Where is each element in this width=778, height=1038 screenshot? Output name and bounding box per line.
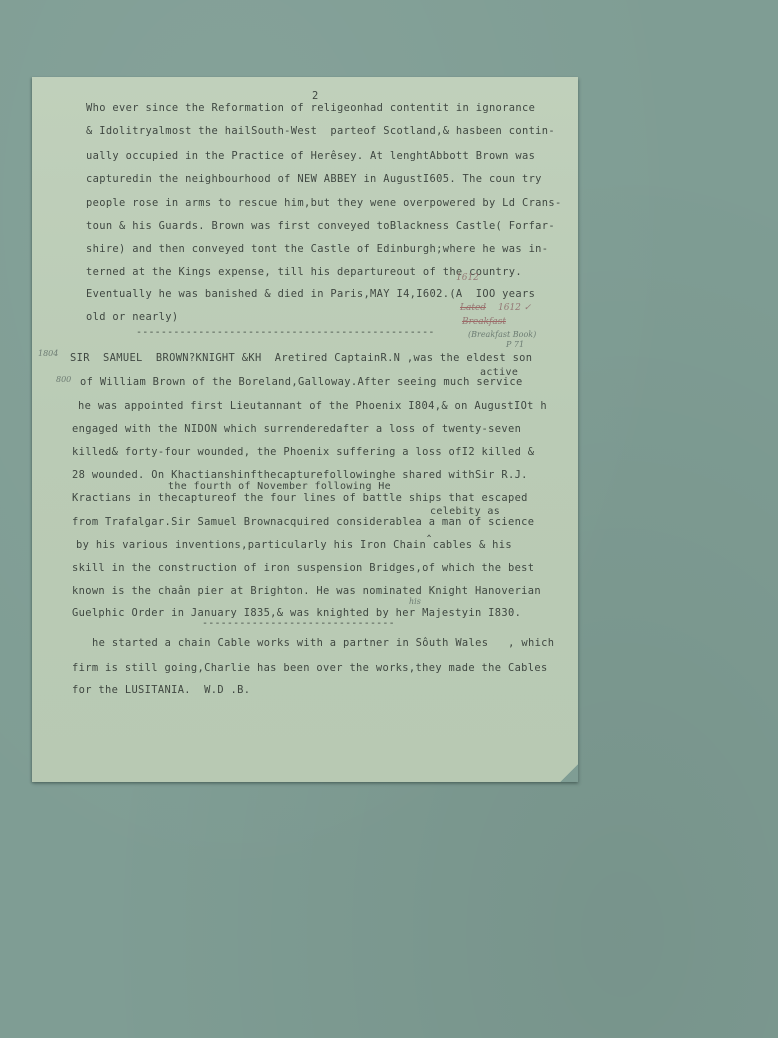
handwritten-struck-word-1: Lated	[460, 303, 486, 313]
paragraph-1-line-2: & Idolitryalmost the hailSouth-West part…	[86, 125, 555, 137]
paragraph-1-line-10: old or nearly)	[86, 311, 178, 323]
separator-2: -------------------------------	[202, 619, 395, 629]
page-number: 2	[312, 90, 319, 102]
insertion-caret-icon: ‸	[427, 523, 431, 537]
handwritten-struck-word-2: Breakfast	[462, 317, 506, 327]
paragraph-1-line-6: toun & his Guards. Brown was first conve…	[86, 220, 555, 232]
paragraph-1-line-9: Eventually he was banished & died in Par…	[86, 288, 535, 300]
handwritten-margin-note: (Breakfast Book)	[468, 330, 536, 340]
handwritten-left-margin-1: 1804	[38, 349, 58, 359]
handwritten-margin-page: P 71	[506, 340, 524, 350]
handwritten-left-margin-2: 800	[56, 375, 71, 385]
paragraph-1-line-4: capturedin the neighbourhood of NEW ABBE…	[86, 173, 542, 185]
paragraph-3-line-3: for the LUSITANIA. W.D .B.	[72, 684, 250, 696]
paragraph-2-line-3: he was appointed first Lieutannant of th…	[78, 400, 547, 412]
separator-1: ----------------------------------------…	[136, 328, 435, 338]
paragraph-1-line-5: people rose in arms to rescue him,but th…	[86, 197, 562, 209]
handwritten-his: his	[409, 597, 421, 607]
document-page: 2 Who ever since the Reformation of reli…	[32, 77, 578, 782]
paragraph-2-line-7: Kractians in thecaptureof the four lines…	[72, 492, 528, 504]
paragraph-2-line-1: SIR SAMUEL BROWN?KNIGHT &KH Aretired Cap…	[70, 352, 532, 364]
paragraph-2-line-2: of William Brown of the Boreland,Gallowa…	[80, 376, 523, 388]
paragraph-2-line-6: 28 wounded. On Khactianshinfthecapturefo…	[72, 469, 528, 481]
paragraph-1-line-3: ually occupied in the Practice of Herêse…	[86, 150, 535, 162]
paragraph-2-line-8: from Trafalgar.Sir Samuel Brownacquired …	[72, 516, 534, 528]
paragraph-2-line-11: known is the chaân pier at Brighton. He …	[72, 585, 541, 597]
handwritten-year-correction: 1612	[456, 273, 479, 283]
paragraph-1-line-7: shire) and then conveyed tont the Castle…	[86, 243, 548, 255]
handwritten-margin-year: 1612 ✓	[498, 303, 531, 313]
paragraph-2-line-5: killed& forty-four wounded, the Phoenix …	[72, 446, 534, 458]
paragraph-2-line-4: engaged with the NIDON which surrendered…	[72, 423, 521, 435]
paragraph-2-line-9: by his various inventions,particularly h…	[76, 539, 512, 551]
paragraph-3-line-2: firm is still going,Charlie has been ove…	[72, 662, 548, 674]
paragraph-3-line-1: he started a chain Cable works with a pa…	[92, 637, 554, 649]
paragraph-1-line-1: Who ever since the Reformation of relige…	[86, 102, 535, 114]
paragraph-2-line-10: skill in the construction of iron suspen…	[72, 562, 534, 574]
